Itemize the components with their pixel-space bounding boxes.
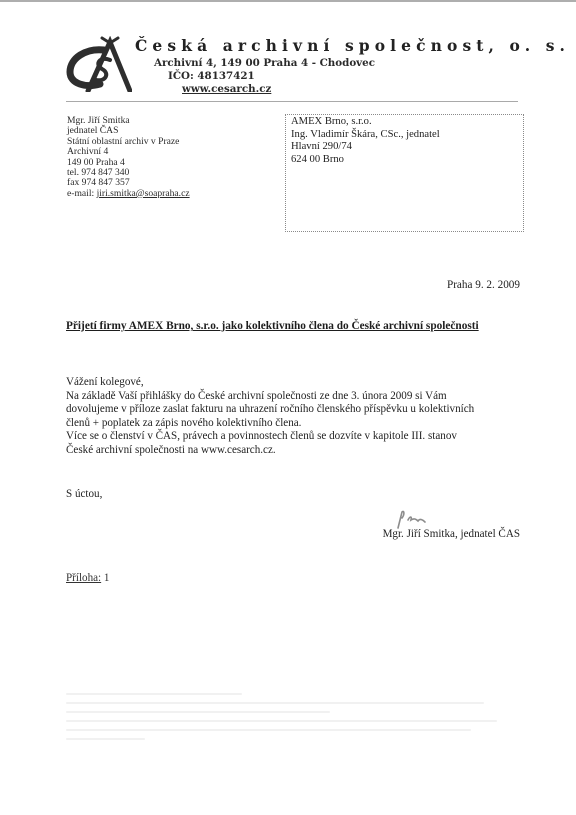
letter-body: Vážení kolegové, Na základě Vaší přihláš…: [66, 376, 536, 458]
recipient-line: AMEX Brno, s.r.o.: [291, 116, 440, 129]
signatory: Mgr. Jiří Smitka, jednatel ČAS: [383, 528, 520, 540]
recipient-block: AMEX Brno, s.r.o. Ing. Vladimír Škára, C…: [291, 116, 440, 166]
bleed-through-texture: [66, 693, 506, 747]
attachment-note: Příloha: 1: [66, 572, 109, 584]
recipient-line: Ing. Vladimír Škára, CSc., jednatel: [291, 129, 440, 142]
greeting: Vážení kolegové,: [66, 376, 536, 390]
body-line: Na základě Vaší přihlášky do České archi…: [66, 390, 536, 404]
email-label: e-mail:: [67, 188, 97, 199]
attachment-label: Příloha:: [66, 572, 101, 584]
closing: S úctou,: [66, 488, 102, 500]
letter-date: Praha 9. 2. 2009: [447, 279, 520, 291]
recipient-line: Hlavní 290/74: [291, 141, 440, 154]
organization-address: Archivní 4, 149 00 Praha 4 - Chodovec: [154, 57, 375, 69]
recipient-line: 624 00 Brno: [291, 154, 440, 167]
attachment-count: 1: [101, 572, 109, 584]
sender-block: Mgr. Jiří Smitka jednatel ČAS Státní obl…: [67, 116, 190, 199]
organization-name: Česká archivní společnost, o. s.: [135, 36, 570, 55]
letter-subject: Přijetí firmy AMEX Brno, s.r.o. jako kol…: [66, 320, 479, 332]
cas-monogram-logo: [66, 36, 132, 92]
header-divider: [66, 101, 518, 102]
body-line: Více se o členství v ČAS, právech a povi…: [66, 430, 536, 444]
organization-website-link[interactable]: www.cesarch.cz: [182, 83, 271, 95]
sender-email-row: e-mail: jiri.smitka@soapraha.cz: [67, 189, 190, 199]
body-line: České archivní společnosti na www.cesarc…: [66, 444, 536, 458]
scan-edge: [0, 0, 576, 2]
organization-ico: IČO: 48137421: [168, 70, 255, 82]
handwritten-signature-icon: [392, 508, 432, 530]
body-line: členů + poplatek za zápis nového kolekti…: [66, 417, 536, 431]
email-link[interactable]: jiri.smitka@soapraha.cz: [97, 188, 190, 199]
body-line: dovolujeme v příloze zaslat fakturu na u…: [66, 403, 536, 417]
